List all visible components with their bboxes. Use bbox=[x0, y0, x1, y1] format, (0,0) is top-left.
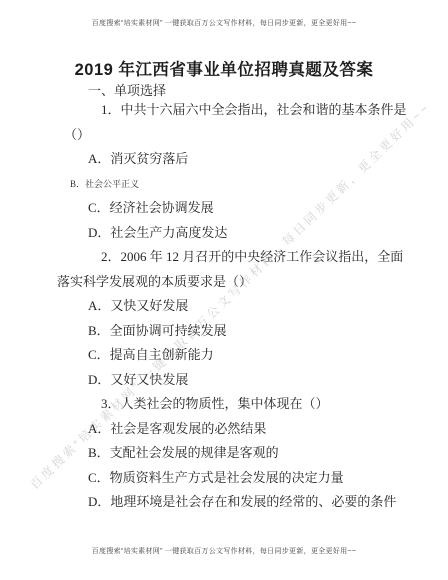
question-1-line: 1．中共十六届六中全会指出，社会和谐的基本条件是 bbox=[0, 98, 448, 123]
question-1-option-a: A．消灭贫穷落后 bbox=[0, 147, 448, 172]
question-1-option-c: C．经济社会协调发展 bbox=[0, 196, 448, 221]
question-2-line: 2．2006 年 12 月召开的中央经济工作会议指出，全面 bbox=[0, 245, 448, 270]
question-2-continuation: 落实科学发展观的本质要求是（） bbox=[0, 270, 448, 295]
document-body: 1．中共十六届六中全会指出，社会和谐的基本条件是 （） A．消灭贫穷落后 B．社… bbox=[0, 98, 448, 515]
question-2-option-a: A．又快又好发展 bbox=[0, 294, 448, 319]
question-3-option-d: D．地理环境是社会存在和发展的经常的、必要的条件 bbox=[0, 490, 448, 515]
question-1-option-b: B．社会公平正义 bbox=[0, 172, 448, 197]
section-heading: 一、单项选择 bbox=[88, 80, 166, 99]
header-note: 百度搜索“培实素材网” 一键获取百万公文写作材料，每日同步更新，更全更好用~~ bbox=[0, 18, 448, 28]
question-3-line: 3．人类社会的物质性，集中体现在（） bbox=[0, 392, 448, 417]
question-2-option-d: D．又好又快发展 bbox=[0, 368, 448, 393]
question-3-option-b: B．支配社会发展的规律是客观的 bbox=[0, 441, 448, 466]
document-title: 2019 年江西省事业单位招聘真题及答案 bbox=[0, 56, 448, 80]
question-3-option-c: C．物质资料生产方式是社会发展的决定力量 bbox=[0, 466, 448, 491]
question-3-option-a: A．社会是客观发展的必然结果 bbox=[0, 417, 448, 442]
document-page: 百度搜索“培实素材网” 一键获取百万公文写作材料，每日同步更新，更全更好用~~ … bbox=[0, 0, 448, 580]
footer-note: 百度搜索“培实素材网” 一键获取百万公文写作材料，每日同步更新，更全更好用~~ bbox=[0, 546, 448, 556]
question-1-parentheses: （） bbox=[0, 123, 448, 148]
question-2-option-c: C．提高自主创新能力 bbox=[0, 343, 448, 368]
question-1-option-d: D．社会生产力高度发达 bbox=[0, 221, 448, 246]
question-2-option-b: B．全面协调可持续发展 bbox=[0, 319, 448, 344]
